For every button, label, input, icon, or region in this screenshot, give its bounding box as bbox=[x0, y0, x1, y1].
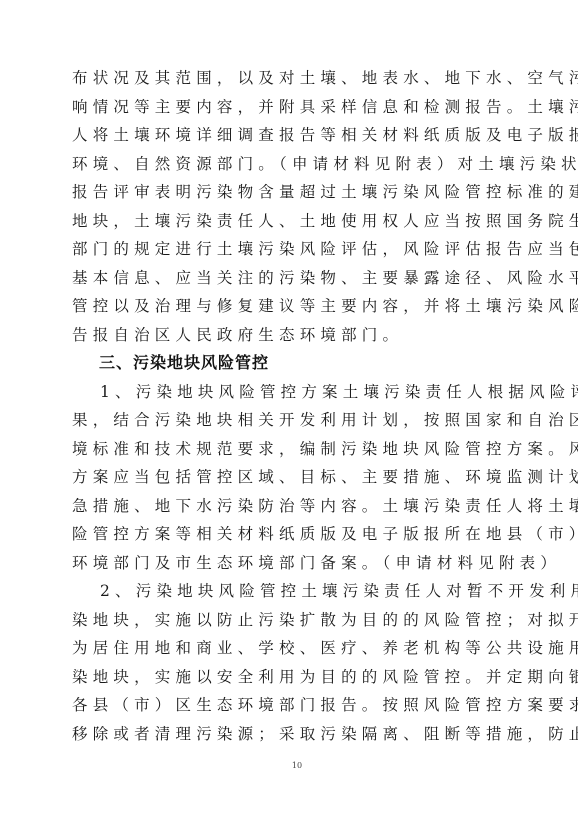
text-line: 果，结合污染地块相关开发利用计划，按照国家和自治区有关环 bbox=[72, 406, 512, 435]
text-line: 布状况及其范围，以及对土壤、地表水、地下水、空气污染的影 bbox=[72, 64, 512, 93]
document-body: 布状况及其范围，以及对土壤、地表水、地下水、空气污染的影 响情况等主要内容，并附… bbox=[72, 64, 512, 748]
text-line: 报告评审表明污染物含量超过土壤污染风险管控标准的建设用地 bbox=[72, 178, 512, 207]
paragraph-risk-control-plan: 1、污染地块风险管控方案土壤污染责任人根据风险评估结 果，结合污染地块相关开发利… bbox=[72, 378, 512, 578]
text-line: 移除或者清理污染源；采取污染隔离、阻断等措施，防止污染扩 bbox=[72, 720, 512, 749]
paragraph-soil-investigation: 布状况及其范围，以及对土壤、地表水、地下水、空气污染的影 响情况等主要内容，并附… bbox=[72, 64, 512, 349]
paragraph-risk-control-measures: 2、污染地块风险管控土壤污染责任人对暂不开发利用的污 染地块，实施以防止污染扩散… bbox=[72, 577, 512, 748]
text-line: 响情况等主要内容，并附具采样信息和检测报告。土壤污染责任 bbox=[72, 93, 512, 122]
page-number: 10 bbox=[0, 761, 578, 770]
text-line: 急措施、地下水污染防治等内容。土壤污染责任人将土壤环境风 bbox=[72, 492, 512, 521]
text-line: 地块，土壤污染责任人、土地使用权人应当按照国务院生态环境 bbox=[72, 207, 512, 236]
text-line: 部门的规定进行土壤污染风险评估，风险评估报告应当包括地块 bbox=[72, 235, 512, 264]
text-line: 为居住用地和商业、学校、医疗、养老机构等公共设施用地的污 bbox=[72, 634, 512, 663]
text-line: 管控以及治理与修复建议等主要内容，并将土壤污染风险评估报 bbox=[72, 292, 512, 321]
text-line: 告报自治区人民政府生态环境部门。 bbox=[72, 321, 512, 350]
text-line: 1、污染地块风险管控方案土壤污染责任人根据风险评估结 bbox=[72, 378, 512, 407]
text-line: 染地块，实施以安全利用为目的的风险管控。并定期向银川市及 bbox=[72, 663, 512, 692]
text-line: 环境、自然资源部门。（申请材料见附表）对土壤污染状况调查 bbox=[72, 150, 512, 179]
text-line: 染地块，实施以防止污染扩散为目的的风险管控；对拟开发利用 bbox=[72, 606, 512, 635]
text-line: 境标准和技术规范要求，编制污染地块风险管控方案。风险管控 bbox=[72, 435, 512, 464]
text-line: 各县（市）区生态环境部门报告。按照风险管控方案要求，及时 bbox=[72, 691, 512, 720]
text-line: 人将土壤环境详细调查报告等相关材料纸质版及电子版报市生态 bbox=[72, 121, 512, 150]
text-line: 方案应当包括管控区域、目标、主要措施、环境监测计划以及应 bbox=[72, 463, 512, 492]
document-page: 布状况及其范围，以及对土壤、地表水、地下水、空气污染的影 响情况等主要内容，并附… bbox=[0, 0, 578, 818]
text-line: 险管控方案等相关材料纸质版及电子版报所在地县（市）区生态 bbox=[72, 520, 512, 549]
text-line: 基本信息、应当关注的污染物、主要暴露途径、风险水平、风险 bbox=[72, 264, 512, 293]
section-heading: 三、污染地块风险管控 bbox=[72, 349, 512, 378]
text-line: 环境部门及市生态环境部门备案。（申请材料见附表） bbox=[72, 549, 512, 578]
text-line: 2、污染地块风险管控土壤污染责任人对暂不开发利用的污 bbox=[72, 577, 512, 606]
